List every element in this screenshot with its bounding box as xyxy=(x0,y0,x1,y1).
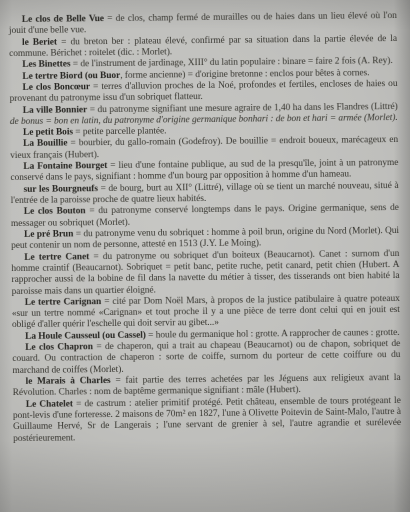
entry-term: La Fontaine Bourget xyxy=(23,161,107,172)
entry: Le Chatelet = de castrum : atelier primi… xyxy=(13,396,401,445)
entry-term: Le clos de Belle Vue xyxy=(22,14,104,25)
entry-term: La ville Bonnier xyxy=(23,105,88,116)
entry-term: Le clos Boncœur xyxy=(22,82,90,93)
entry-term: Le pré Brun xyxy=(24,229,73,240)
entry-text: = petite parcelle plantée. xyxy=(73,127,167,138)
entry: Le tertre Canet = du patronyme ou sobriq… xyxy=(11,249,399,298)
entry-term: le Beriet xyxy=(22,37,57,47)
entry-term: Le clos Bouton xyxy=(24,207,86,218)
entry-term: Le clos Chapron xyxy=(25,342,93,353)
entry: Le clos Chapron = de chaperon, qui a tra… xyxy=(12,339,400,377)
entry-term: Le tertre Carignan xyxy=(25,297,102,308)
scanned-page: Le clos de Belle Vue = de clos, champ fe… xyxy=(0,0,410,512)
entry-term: Le petit Bois xyxy=(23,128,73,139)
entry-text: = du breton ber : plateau élevé, confirm… xyxy=(9,34,397,59)
entry-term: sur les Bourgneufs xyxy=(24,184,98,195)
entry: Le tertre Carignan = cité par Dom Noël M… xyxy=(12,294,400,332)
entry-term: Le tertre Biord (ou Buor xyxy=(22,70,120,81)
entry-term: Les Binettes xyxy=(22,60,70,71)
entry: La ville Bonnier = du patronyme signifia… xyxy=(10,101,398,128)
entry-text: = bourbier, du gallo-romain (Godefroy). … xyxy=(10,135,398,160)
entry-term: Le tertre Canet xyxy=(24,252,89,263)
page-text: Le clos de Belle Vue = de clos, champ fe… xyxy=(9,11,401,445)
entry-term: La Houle Causseul (ou Cassel) xyxy=(25,330,146,341)
entry-term: Le Chatelet xyxy=(26,399,73,409)
entry-term: La Bouillie xyxy=(23,139,67,149)
entry-term: le Marais à Charles xyxy=(26,376,111,387)
